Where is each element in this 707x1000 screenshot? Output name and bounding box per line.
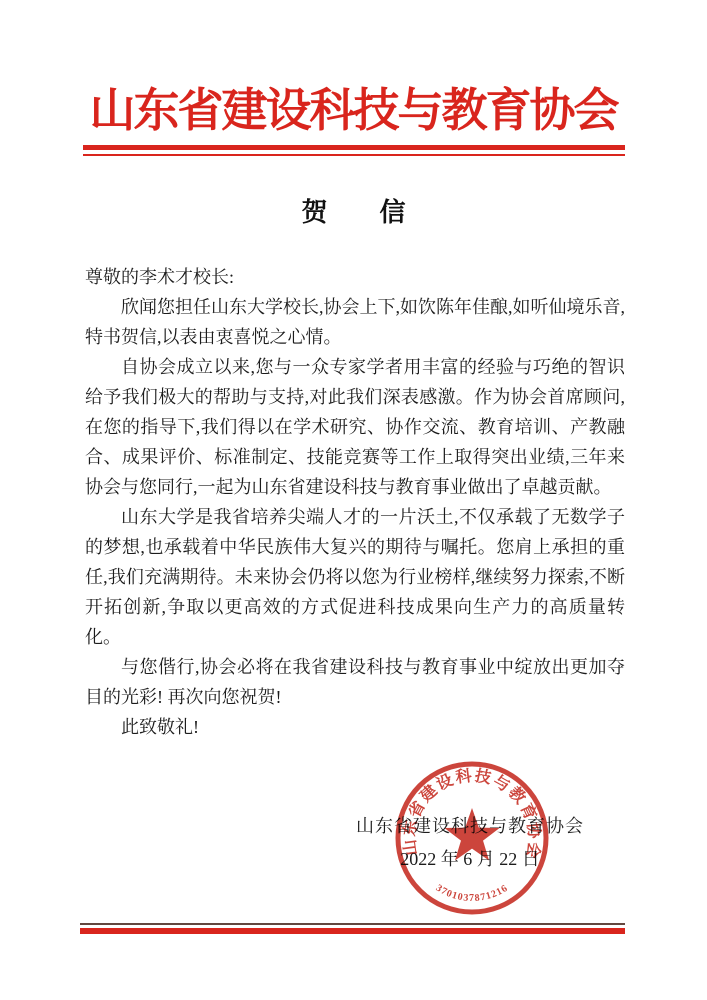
salutation: 尊敬的李术才校长: [85,262,625,292]
seal-code: 3701037871216 [434,883,511,904]
header-rule-thin [83,154,625,156]
official-seal: 山东省建设科技与教育协会 3701037871216 [384,750,560,926]
paragraph: 与您偕行,协会必将在我省建设科技与教育事业中绽放出更加夺目的光彩! 再次向您祝贺… [85,652,625,712]
letter-title: 贺 信 [0,192,707,229]
svg-text:3701037871216: 3701037871216 [434,883,511,904]
seal-star-icon [444,808,499,860]
header-rule [83,145,625,156]
paragraph: 欣闻您担任山东大学校长,协会上下,如饮陈年佳酿,如听仙境乐音,特书贺信,以表由衷… [85,292,625,352]
paragraph: 自协会成立以来,您与一众专家学者用丰富的经验与巧绝的智识给予我们极大的帮助与支持… [85,352,625,502]
paragraph: 山东大学是我省培养尖端人才的一片沃土,不仅承载了无数学子的梦想,也承载着中华民族… [85,502,625,652]
footer-rule-thick [80,928,625,934]
footer-rule [80,923,625,934]
closing-salute: 此致敬礼! [85,712,625,742]
header-rule-thick [83,145,625,150]
letterhead-org-name: 山东省建设科技与教育协会 [0,74,707,140]
official-seal-graphic: 山东省建设科技与教育协会 3701037871216 [384,750,560,926]
letter-body: 尊敬的李术才校长: 欣闻您担任山东大学校长,协会上下,如饮陈年佳酿,如听仙境乐音… [85,262,625,742]
letter-page: 山东省建设科技与教育协会 贺 信 尊敬的李术才校长: 欣闻您担任山东大学校长,协… [0,0,707,1000]
footer-rule-thin [80,923,625,925]
